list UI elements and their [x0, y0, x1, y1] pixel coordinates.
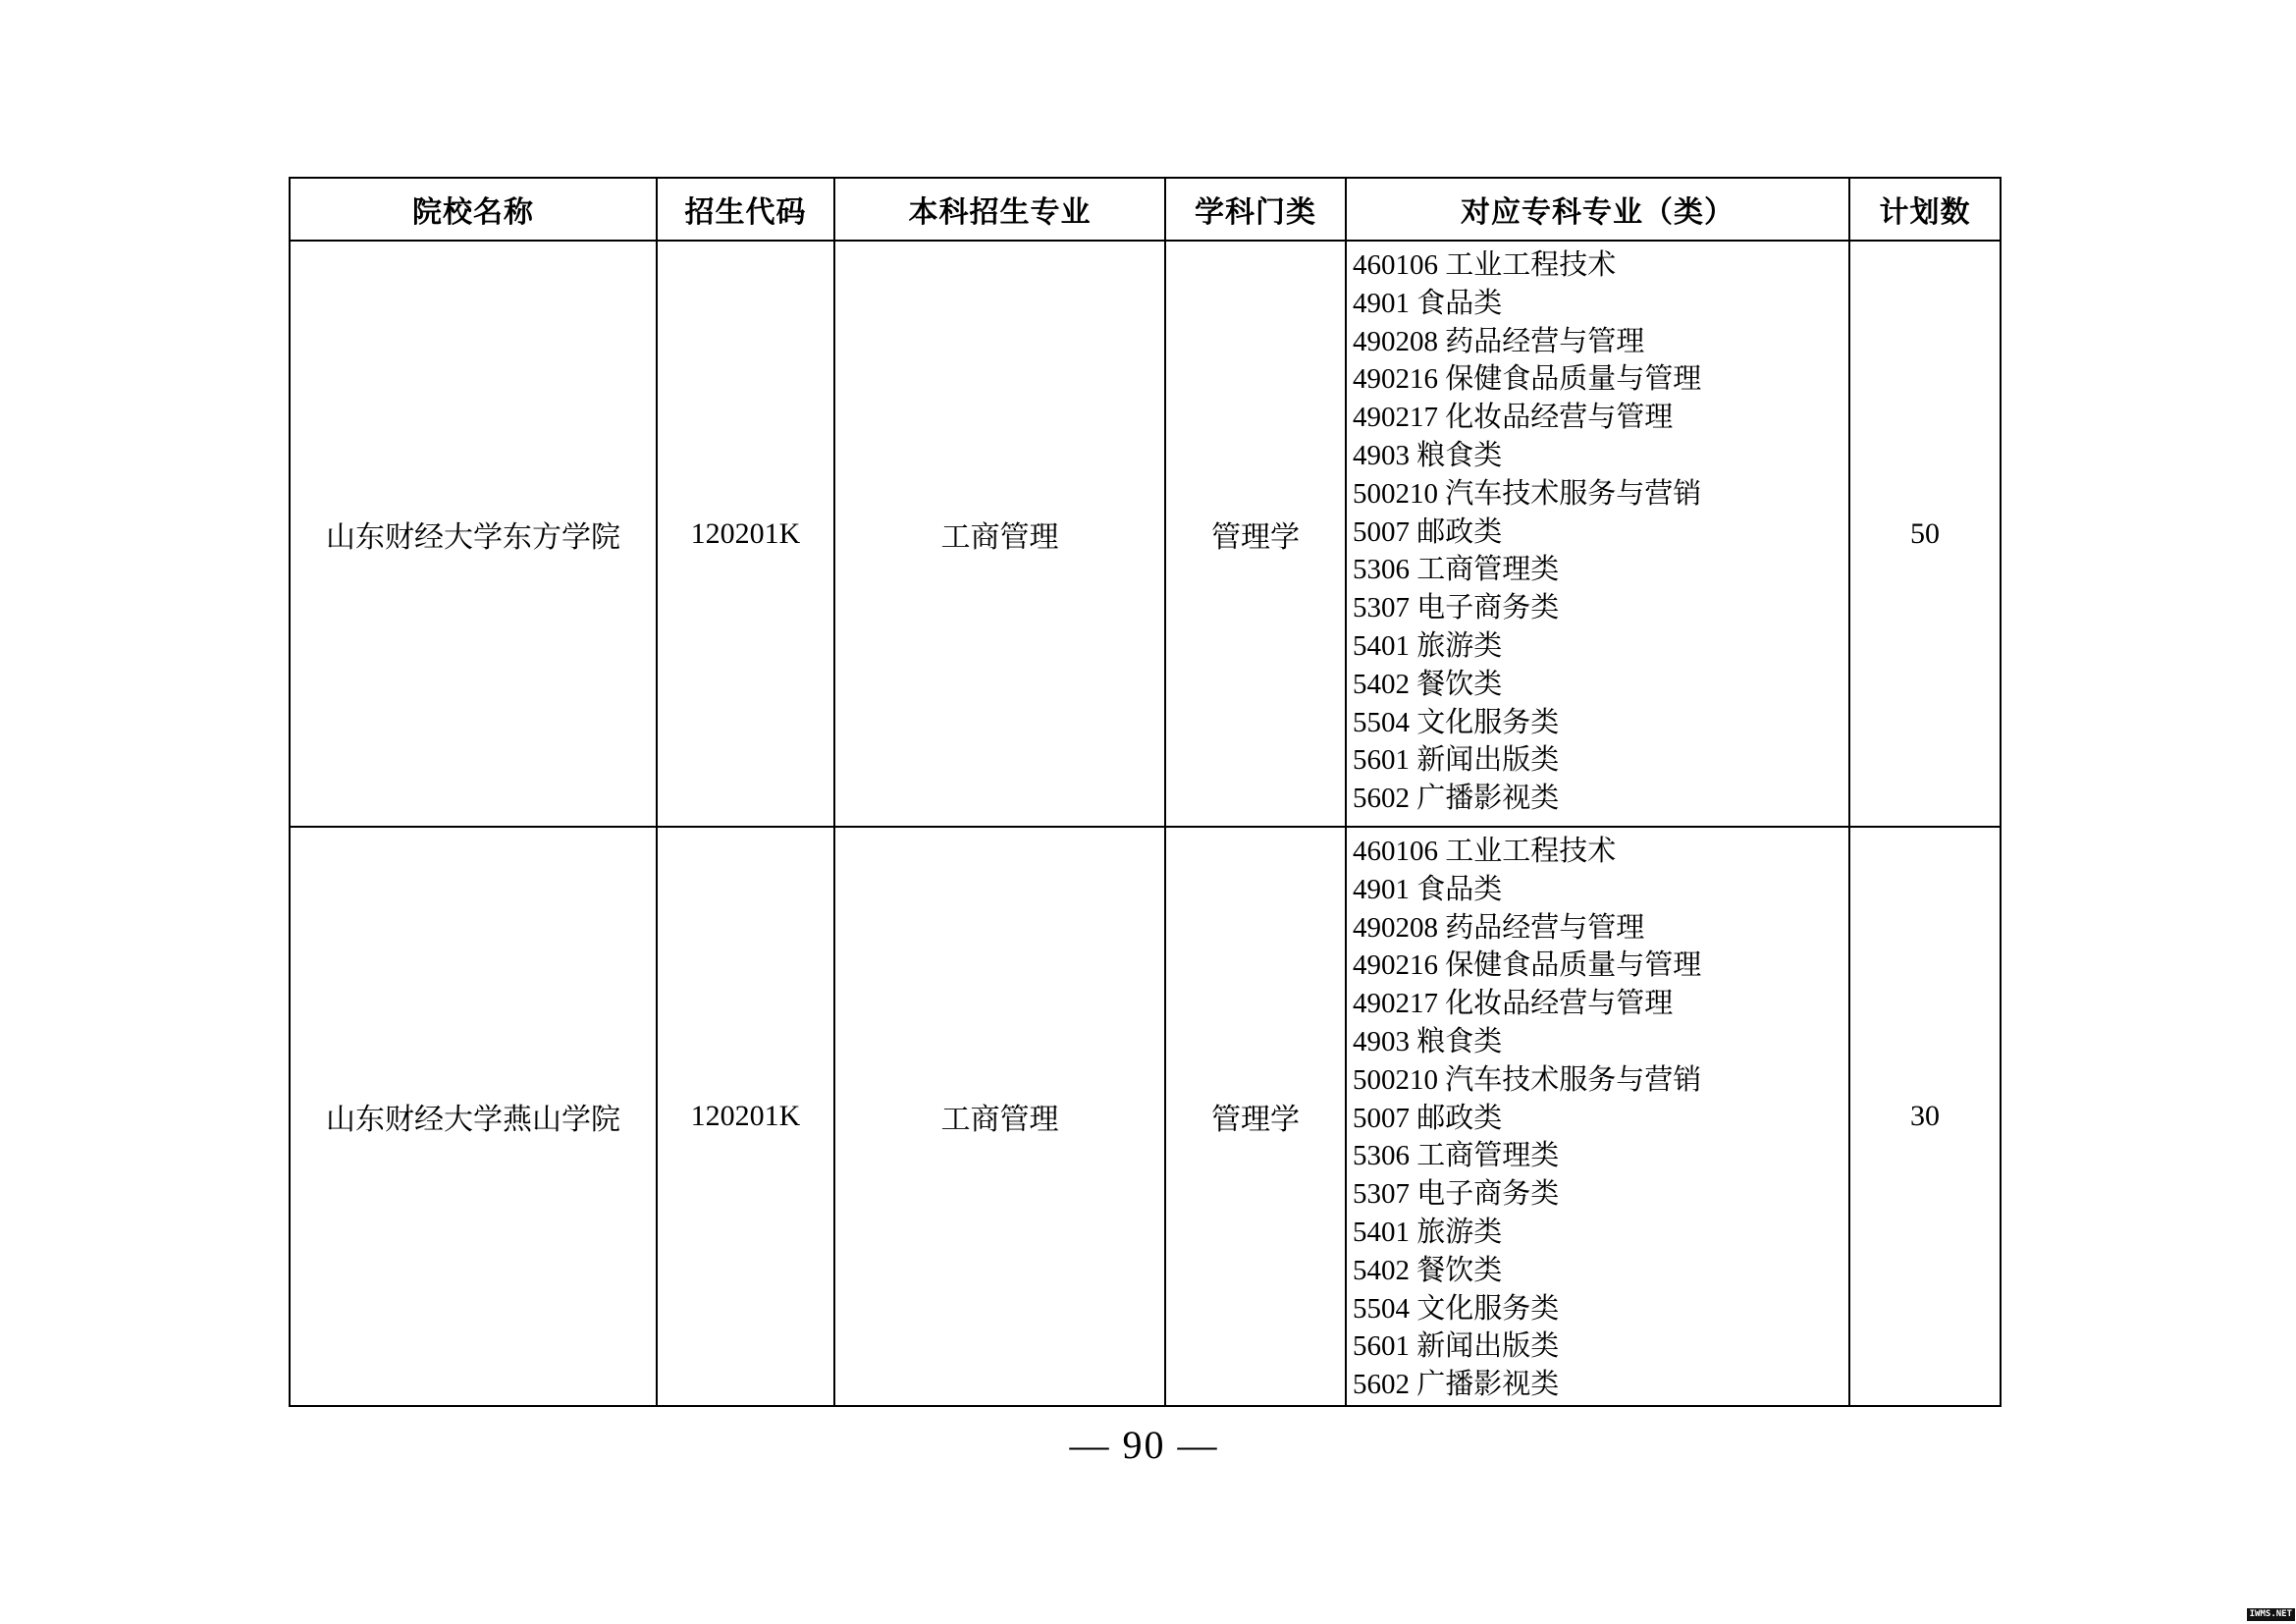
vocational-major-line: 5401 旅游类 [1353, 1214, 1844, 1252]
document-page: 院校名称 招生代码 本科招生专业 学科门类 对应专科专业（类） 计划数 山东财经… [0, 0, 2296, 1624]
plan-count: 30 [1849, 827, 2001, 1406]
admission-plan-table: 院校名称 招生代码 本科招生专业 学科门类 对应专科专业（类） 计划数 山东财经… [289, 177, 2002, 1407]
header-undergrad-major: 本科招生专业 [834, 178, 1165, 241]
institution-name: 山东财经大学燕山学院 [290, 827, 657, 1406]
vocational-major-line: 4903 粮食类 [1353, 437, 1844, 475]
vocational-major-line: 490216 保健食品质量与管理 [1353, 360, 1844, 399]
vocational-major-line: 5402 餐饮类 [1353, 666, 1844, 704]
vocational-major-line: 460106 工业工程技术 [1353, 246, 1844, 285]
vocational-majors-list: 460106 工业工程技术4901 食品类490208 药品经营与管理49021… [1346, 241, 1849, 827]
vocational-major-line: 5402 餐饮类 [1353, 1252, 1844, 1290]
vocational-major-line: 5602 广播影视类 [1353, 1366, 1844, 1404]
admission-code: 120201K [657, 241, 834, 827]
vocational-major-line: 490216 保健食品质量与管理 [1353, 947, 1844, 985]
vocational-major-line: 4901 食品类 [1353, 871, 1844, 909]
vocational-major-line: 5504 文化服务类 [1353, 704, 1844, 742]
header-plan-count: 计划数 [1849, 178, 2001, 241]
discipline-category: 管理学 [1165, 827, 1346, 1406]
vocational-majors-list: 460106 工业工程技术4901 食品类490208 药品经营与管理49021… [1346, 827, 1849, 1406]
vocational-major-line: 5307 电子商务类 [1353, 1175, 1844, 1214]
plan-count: 50 [1849, 241, 2001, 827]
vocational-major-line: 5602 广播影视类 [1353, 780, 1844, 818]
vocational-major-line: 490208 药品经营与管理 [1353, 323, 1844, 361]
header-vocational-majors: 对应专科专业（类） [1346, 178, 1849, 241]
vocational-major-line: 500210 汽车技术服务与营销 [1353, 475, 1844, 514]
vocational-major-line: 5306 工商管理类 [1353, 551, 1844, 589]
table-row: 山东财经大学东方学院 120201K 工商管理 管理学 460106 工业工程技… [290, 241, 2001, 827]
vocational-major-line: 5601 新闻出版类 [1353, 741, 1844, 780]
vocational-major-line: 5007 邮政类 [1353, 1100, 1844, 1138]
table-row: 山东财经大学燕山学院 120201K 工商管理 管理学 460106 工业工程技… [290, 827, 2001, 1406]
vocational-major-line: 5601 新闻出版类 [1353, 1327, 1844, 1366]
institution-name: 山东财经大学东方学院 [290, 241, 657, 827]
vocational-major-line: 490217 化妆品经营与管理 [1353, 985, 1844, 1023]
header-institution-name: 院校名称 [290, 178, 657, 241]
vocational-major-line: 4903 粮食类 [1353, 1023, 1844, 1061]
vocational-major-line: 500210 汽车技术服务与营销 [1353, 1061, 1844, 1100]
watermark: IWMS.NET [2247, 1608, 2295, 1621]
page-number: — 90 — [289, 1422, 2000, 1468]
vocational-major-line: 5306 工商管理类 [1353, 1137, 1844, 1175]
vocational-major-line: 490208 药品经营与管理 [1353, 909, 1844, 947]
vocational-major-line: 5307 电子商务类 [1353, 589, 1844, 627]
table-header-row: 院校名称 招生代码 本科招生专业 学科门类 对应专科专业（类） 计划数 [290, 178, 2001, 241]
header-discipline-category: 学科门类 [1165, 178, 1346, 241]
vocational-major-line: 5007 邮政类 [1353, 514, 1844, 552]
admission-code: 120201K [657, 827, 834, 1406]
undergrad-major: 工商管理 [834, 241, 1165, 827]
vocational-major-line: 4901 食品类 [1353, 285, 1844, 323]
vocational-major-line: 5504 文化服务类 [1353, 1290, 1844, 1328]
undergrad-major: 工商管理 [834, 827, 1165, 1406]
vocational-major-line: 460106 工业工程技术 [1353, 833, 1844, 871]
discipline-category: 管理学 [1165, 241, 1346, 827]
header-admission-code: 招生代码 [657, 178, 834, 241]
vocational-major-line: 5401 旅游类 [1353, 627, 1844, 666]
vocational-major-line: 490217 化妆品经营与管理 [1353, 399, 1844, 437]
